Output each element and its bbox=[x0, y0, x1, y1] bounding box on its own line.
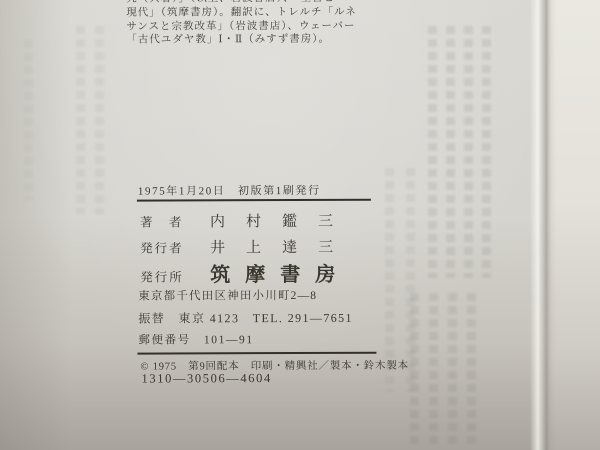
divider-rule-bottom bbox=[137, 352, 376, 355]
publishing-house-label: 発行所 bbox=[140, 261, 210, 285]
divider-rule-top bbox=[137, 199, 371, 202]
bio-line: サンスと宗教改革」（岩波書店）、ウェーバー bbox=[126, 19, 386, 34]
author-label: 著 者 bbox=[140, 212, 210, 230]
bio-line: 現代」（筑摩書房）。翻訳に、トレルチ「ルネ bbox=[126, 5, 386, 20]
publishing-house-row: 発行所 筑摩書房 bbox=[140, 258, 350, 288]
bio-line: 「古代ユダヤ教」Ⅰ・Ⅱ（みすず書房）。 bbox=[126, 33, 386, 48]
publisher-person-label: 発行者 bbox=[140, 238, 210, 256]
book-number: 1310—30506—4604 bbox=[142, 371, 272, 386]
transfer-account-line: 振替 東京 4123 TEL. 291—7651 bbox=[138, 309, 353, 327]
publisher-person-name: 井上達三 bbox=[210, 236, 354, 258]
colophon-block: 究（共著）」（以上、岩波書店）、「聖書と 現代」（筑摩書房）。翻訳に、トレルチ「… bbox=[0, 0, 600, 450]
publishing-house-name: 筑摩書房 bbox=[210, 258, 350, 287]
publisher-person-row: 発行者 井上達三 bbox=[140, 236, 354, 258]
edition-date-line: 1975年1月20日 初版第1刷発行 bbox=[138, 182, 321, 199]
author-bio-excerpt: 究（共著）」（以上、岩波書店）、「聖書と 現代」（筑摩書房）。翻訳に、トレルチ「… bbox=[126, 0, 386, 48]
postal-code-line: 郵便番号 101—91 bbox=[138, 331, 253, 347]
publisher-address: 東京都千代田区神田小川町2—8 bbox=[138, 287, 317, 304]
author-row: 著 者 内村鑑三 bbox=[140, 210, 354, 232]
book-page-photo: 究（共著）」（以上、岩波書店）、「聖書と 現代」（筑摩書房）。翻訳に、トレルチ「… bbox=[0, 0, 600, 450]
author-name: 内村鑑三 bbox=[210, 210, 354, 232]
